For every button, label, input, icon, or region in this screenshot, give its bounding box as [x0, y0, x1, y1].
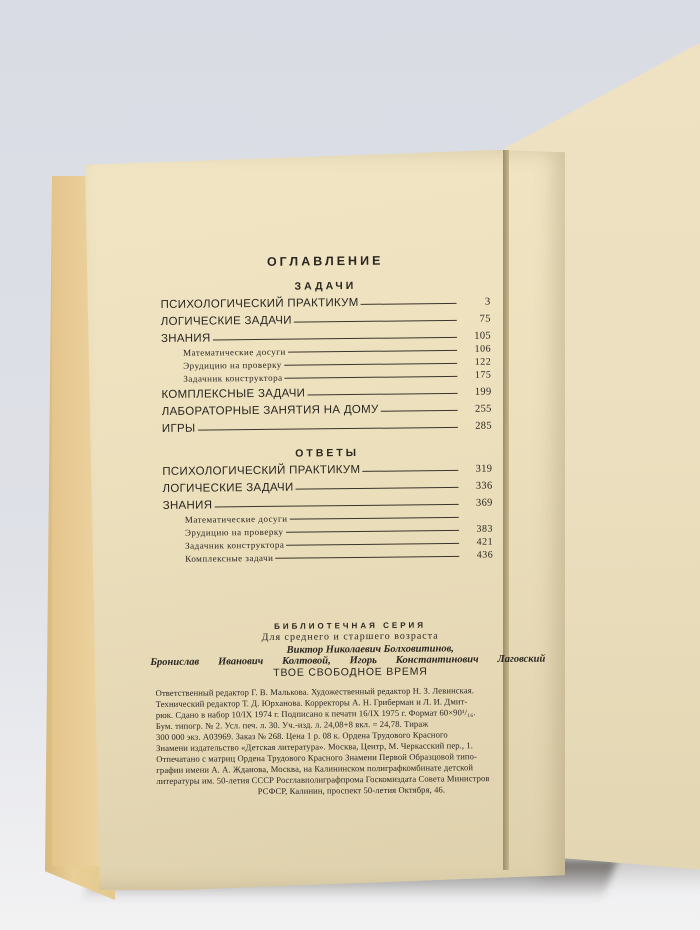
- toc-entry-page: 199: [463, 387, 491, 398]
- toc-entry-label: Эрудицию на проверку: [185, 527, 284, 538]
- toc-entry-page: 369: [465, 498, 493, 509]
- toc-list-answers: ПСИХОЛОГИЧЕСКИЙ ПРАКТИКУМ319ЛОГИЧЕСКИЕ З…: [162, 458, 493, 564]
- leader-line: [362, 470, 458, 472]
- toc-entry-label: ПСИХОЛОГИЧЕСКИЙ ПРАКТИКУМ: [162, 464, 360, 478]
- toc-entry-label: Задачник конструктора: [183, 373, 282, 384]
- toc-entry-label: ПСИХОЛОГИЧЕСКИЙ ПРАКТИКУМ: [161, 297, 359, 311]
- toc-entry-page: 255: [464, 404, 492, 415]
- toc-entry-label: ЛОГИЧЕСКИЕ ЗАДАЧИ: [162, 482, 293, 495]
- leader-line: [381, 410, 458, 412]
- leader-line: [285, 376, 458, 379]
- leader-line: [290, 517, 459, 520]
- toc-entry-label: КОМПЛЕКСНЫЕ ЗАДАЧИ: [161, 387, 305, 401]
- toc-entry-label: Математические досуги: [183, 347, 286, 358]
- toc-entry-label: ЛОГИЧЕСКИЕ ЗАДАЧИ: [161, 315, 292, 328]
- toc-entry-label: Задачник конструктора: [185, 540, 284, 551]
- leader-line: [361, 303, 457, 305]
- leader-line: [214, 504, 458, 508]
- author-word: Игорь: [350, 655, 377, 666]
- leader-line: [288, 350, 457, 353]
- toc-list-tasks: ПСИХОЛОГИЧЕСКИЙ ПРАКТИКУМ3ЛОГИЧЕСКИЕ ЗАД…: [160, 291, 491, 435]
- toc-entry-page: 122: [463, 357, 491, 368]
- toc-entry-page: 421: [465, 537, 493, 548]
- book-title: ТВОЕ СВОБОДНОЕ ВРЕМЯ: [155, 665, 545, 680]
- author-word: Иванович: [218, 656, 263, 667]
- toc-entry-label: ЗНАНИЯ: [161, 332, 211, 345]
- toc-entry-page: 285: [464, 421, 492, 432]
- toc-entry: ИГРЫ285: [162, 415, 492, 435]
- author-word: Колтовой,: [282, 655, 331, 666]
- toc-entry-page: 319: [464, 464, 492, 475]
- toc-entry-page: 336: [464, 481, 492, 492]
- leader-line: [286, 543, 459, 546]
- toc-entry-label: Эрудицию на проверку: [183, 360, 282, 371]
- toc-entry-label: ИГРЫ: [162, 423, 196, 435]
- leader-line: [307, 393, 457, 396]
- imprint-block: БИБЛИОТЕЧНАЯ СЕРИЯ Для среднего и старше…: [155, 620, 547, 798]
- toc-entry-label: ЗНАНИЯ: [163, 499, 213, 512]
- leader-line: [197, 427, 457, 431]
- leader-line: [284, 363, 457, 366]
- author-word: Лаговский: [497, 654, 545, 665]
- toc-title: ОГЛАВЛЕНИЕ: [160, 253, 490, 270]
- toc-entry-page: 3: [463, 297, 491, 308]
- table-of-contents: ОГЛАВЛЕНИЕ ЗАДАЧИ ПСИХОЛОГИЧЕСКИЙ ПРАКТИ…: [160, 247, 493, 564]
- leader-line: [296, 487, 459, 490]
- leader-line: [213, 337, 457, 341]
- leader-line: [275, 556, 459, 559]
- toc-entry-page: 436: [465, 550, 493, 561]
- audience-label: Для среднего и старшего возраста: [155, 630, 545, 644]
- toc-entry-label: Математические досуги: [185, 514, 288, 525]
- leader-line: [294, 320, 457, 323]
- toc-entry-label: ЛАБОРАТОРНЫЕ ЗАНЯТИЯ НА ДОМУ: [162, 404, 379, 418]
- toc-entry-page: 105: [463, 331, 491, 342]
- author-word: Бронислав: [150, 657, 199, 668]
- toc-entry-page: 383: [465, 524, 493, 535]
- leader-line: [286, 530, 459, 533]
- publication-credits: Ответственный редактор Г. В. Малькова. Х…: [156, 685, 547, 798]
- author-word: Константинович: [396, 654, 479, 666]
- toc-entry-page: 75: [463, 314, 491, 325]
- toc-entry-label: Комплексные задачи: [185, 553, 273, 564]
- toc-entry-page: 175: [463, 370, 491, 381]
- toc-entry-page: 106: [463, 344, 491, 355]
